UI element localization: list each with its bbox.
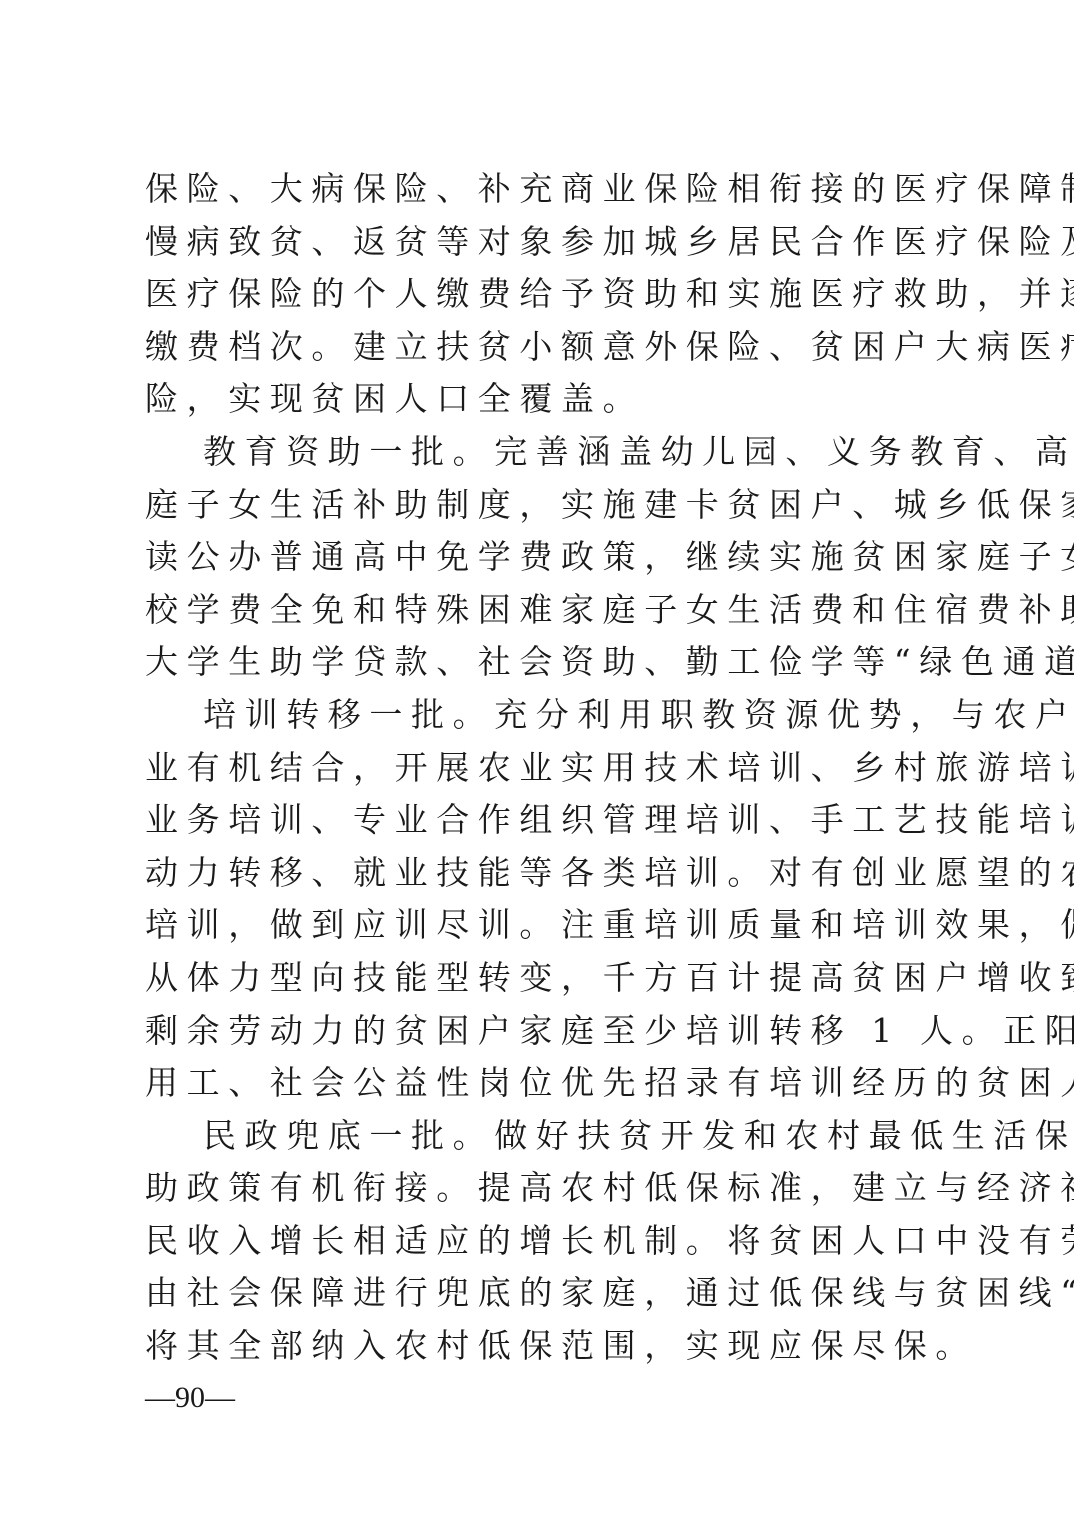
text-line: 险，实现贫困人口全覆盖。 [145,373,945,426]
text-line: 校学费全免和特殊困难家庭子女生活费和住宿费补助，畅通贫困 [145,584,945,637]
text-line: 由社会保障进行兜底的家庭，通过低保线与贫困线“两线合一”， [145,1267,945,1320]
text-line: 民收入增长相适应的增长机制。将贫困人口中没有劳动力、需要 [145,1215,945,1268]
text-line: 缴费档次。建立扶贫小额意外保险、贫困户大病医疗补充商业保 [145,321,945,374]
text-line: 庭子女生活补助制度，实施建卡贫困户、城乡低保家庭等子女就 [145,479,945,532]
text-line: 用工、社会公益性岗位优先招录有培训经历的贫困人口。 [145,1057,945,1110]
paragraph-civil-affairs-safety-net: 民政兜底一批。做好扶贫开发和农村最低生活保障等社会救 助政策有机衔接。提高农村低… [145,1110,945,1373]
page-number: —90— [145,1378,235,1418]
text-line: 保险、大病保险、补充商业保险相衔接的医疗保障制度。对大病 [145,163,945,216]
text-line: 培训，做到应训尽训。注重培训质量和培训效果，促进劳务输出 [145,899,945,952]
text-line: 业务培训、专业合作组织管理培训、手工艺技能培训、贫困户劳 [145,794,945,847]
paragraph-medical-insurance: 保险、大病保险、补充商业保险相衔接的医疗保障制度。对大病 慢病致贫、返贫等对象参… [145,163,945,426]
text-line: 教育资助一批。完善涵盖幼儿园、义务教育、高中的贫困家 [145,426,945,479]
text-line: 大学生助学贷款、社会资助、勤工俭学等“绿色通道”。 [145,636,945,689]
text-line: 从体力型向技能型转变，千方百计提高贫困户增收致富能力。有 [145,952,945,1005]
text-line: 剩余劳动力的贫困户家庭至少培训转移 1 人。正阳工业园区企业 [145,1005,945,1058]
text-line: 助政策有机衔接。提高农村低保标准，建立与经济社会发展和居 [145,1162,945,1215]
text-line: 慢病致贫、返贫等对象参加城乡居民合作医疗保险及其他政策性 [145,216,945,269]
text-line: 业有机结合，开展农业实用技术培训、乡村旅游培训、资金互助 [145,742,945,795]
text-line: 读公办普通高中免学费政策，继续实施贫困家庭子女就读中职学 [145,531,945,584]
text-line: 培训转移一批。充分利用职教资源优势，与农户增收致富产 [145,689,945,742]
text-line: 民政兜底一批。做好扶贫开发和农村最低生活保障等社会救 [145,1110,945,1163]
text-line: 将其全部纳入农村低保范围，实现应保尽保。 [145,1320,945,1373]
document-body: 保险、大病保险、补充商业保险相衔接的医疗保障制度。对大病 慢病致贫、返贫等对象参… [145,163,945,1373]
text-line: 动力转移、就业技能等各类培训。对有创业愿望的农民开展创业 [145,847,945,900]
paragraph-training-transfer: 培训转移一批。充分利用职教资源优势，与农户增收致富产 业有机结合，开展农业实用技… [145,689,945,1110]
text-line: 医疗保险的个人缴费给予资助和实施医疗救助，并逐步提高参保 [145,268,945,321]
paragraph-education-aid: 教育资助一批。完善涵盖幼儿园、义务教育、高中的贫困家 庭子女生活补助制度，实施建… [145,426,945,689]
